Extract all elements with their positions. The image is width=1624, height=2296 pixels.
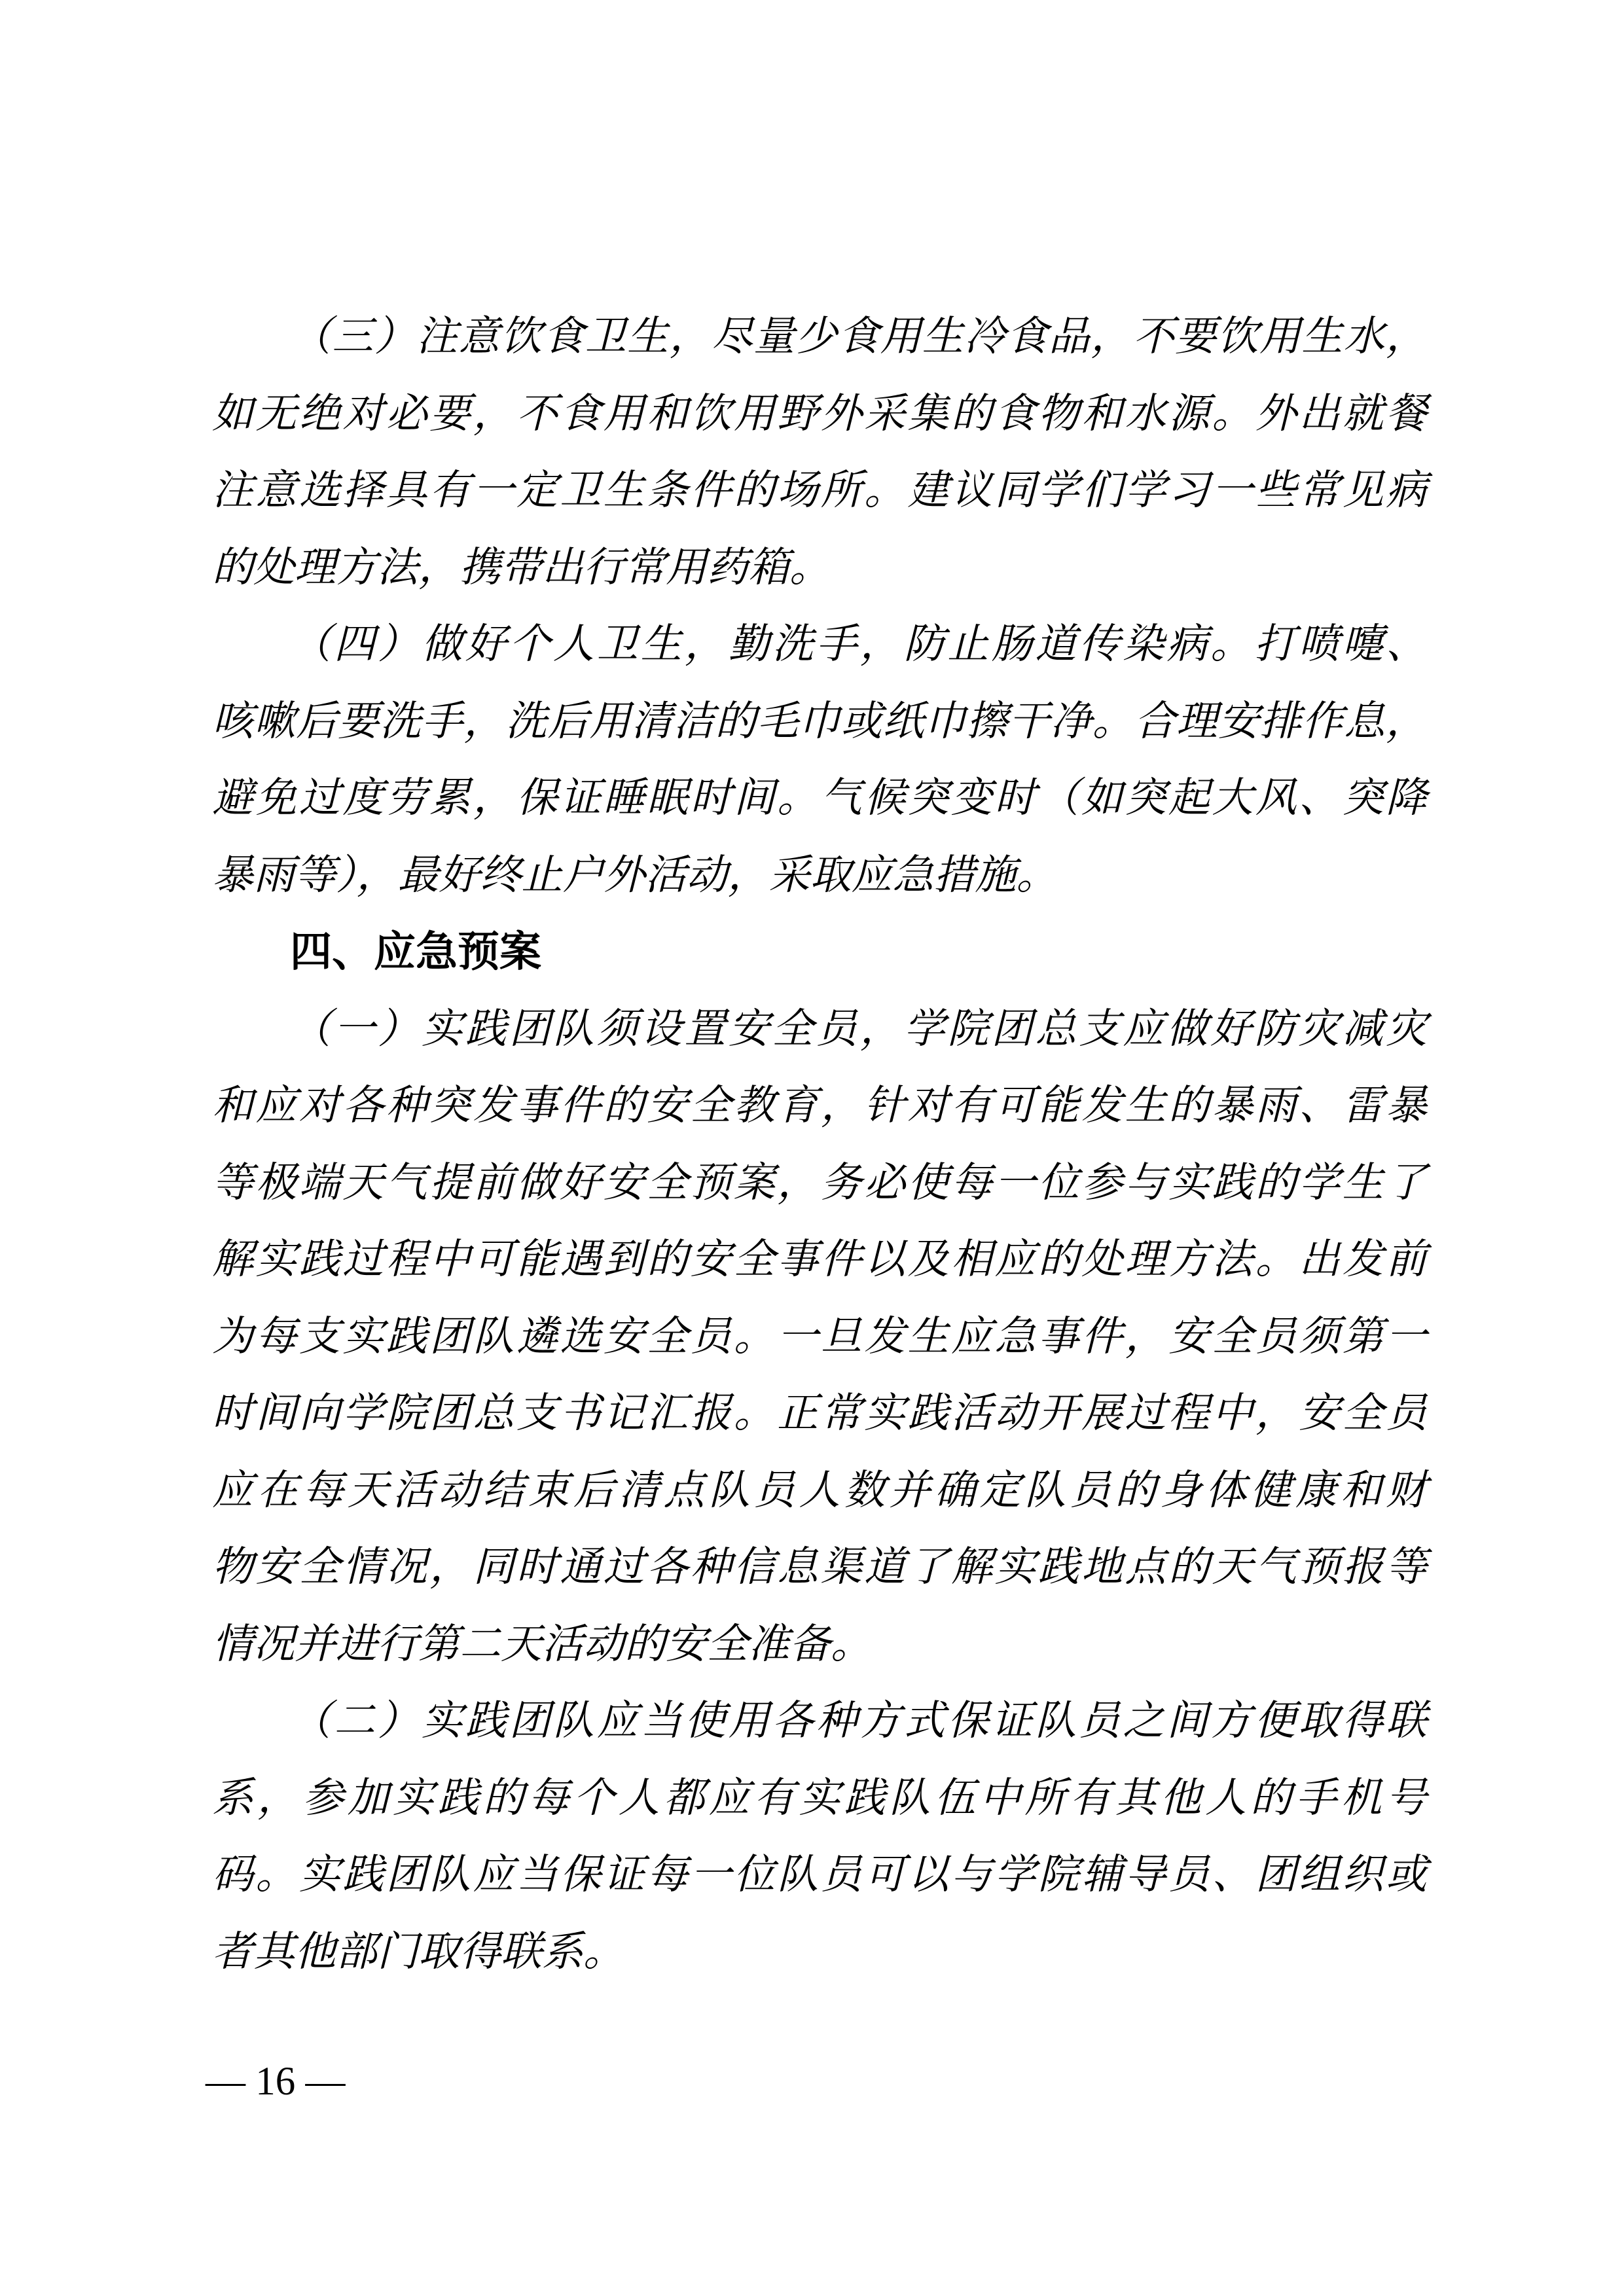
document-body: （三）注意饮食卫生，尽量少食用生冷食品，不要饮用生水， 如无绝对必要，不食用和饮…	[212, 298, 1427, 1990]
paragraph-line: 码。实践团队应当保证每一位队员可以与学院辅导员、团组织或	[212, 1837, 1427, 1914]
paragraph-line: 时间向学院团总支书记汇报。正常实践活动开展过程中，安全员	[212, 1375, 1427, 1452]
document-page: （三）注意饮食卫生，尽量少食用生冷食品，不要饮用生水， 如无绝对必要，不食用和饮…	[0, 0, 1624, 2296]
paragraph-line: （一）实践团队须设置安全员，学院团总支应做好防灾减灾	[212, 991, 1427, 1068]
paragraph-line: 暴雨等），最好终止户外活动，采取应急措施。	[212, 837, 1427, 914]
page-number: — 16 —	[206, 2062, 346, 2102]
paragraph-line: 注意选择具有一定卫生条件的场所。建议同学们学习一些常见病	[212, 452, 1427, 529]
paragraph-line: （三）注意饮食卫生，尽量少食用生冷食品，不要饮用生水，	[212, 298, 1427, 376]
paragraph-line: （四）做好个人卫生，勤洗手，防止肠道传染病。打喷嚏、	[212, 606, 1427, 683]
paragraph-line: 者其他部门取得联系。	[212, 1914, 1427, 1991]
paragraph-line: 和应对各种突发事件的安全教育，针对有可能发生的暴雨、雷暴	[212, 1067, 1427, 1145]
paragraph-line: 如无绝对必要，不食用和饮用野外采集的食物和水源。外出就餐	[212, 376, 1427, 453]
paragraph-line: （二）实践团队应当使用各种方式保证队员之间方便取得联	[212, 1683, 1427, 1760]
section-heading: 四、应急预案	[212, 914, 1427, 991]
paragraph-line: 解实践过程中可能遇到的安全事件以及相应的处理方法。出发前	[212, 1221, 1427, 1299]
paragraph-line: 的处理方法，携带出行常用药箱。	[212, 529, 1427, 607]
paragraph-line: 为每支实践团队遴选安全员。一旦发生应急事件，安全员须第一	[212, 1299, 1427, 1376]
paragraph-line: 应在每天活动结束后清点队员人数并确定队员的身体健康和财	[212, 1452, 1427, 1530]
paragraph-line: 情况并进行第二天活动的安全准备。	[212, 1606, 1427, 1683]
paragraph-line: 等极端天气提前做好安全预案，务必使每一位参与实践的学生了	[212, 1145, 1427, 1222]
paragraph-line: 避免过度劳累，保证睡眠时间。气候突变时（如突起大风、突降	[212, 760, 1427, 837]
paragraph-line: 咳嗽后要洗手，洗后用清洁的毛巾或纸巾擦干净。合理安排作息，	[212, 683, 1427, 761]
paragraph-line: 系，参加实践的每个人都应有实践队伍中所有其他人的手机号	[212, 1760, 1427, 1837]
paragraph-line: 物安全情况，同时通过各种信息渠道了解实践地点的天气预报等	[212, 1529, 1427, 1606]
